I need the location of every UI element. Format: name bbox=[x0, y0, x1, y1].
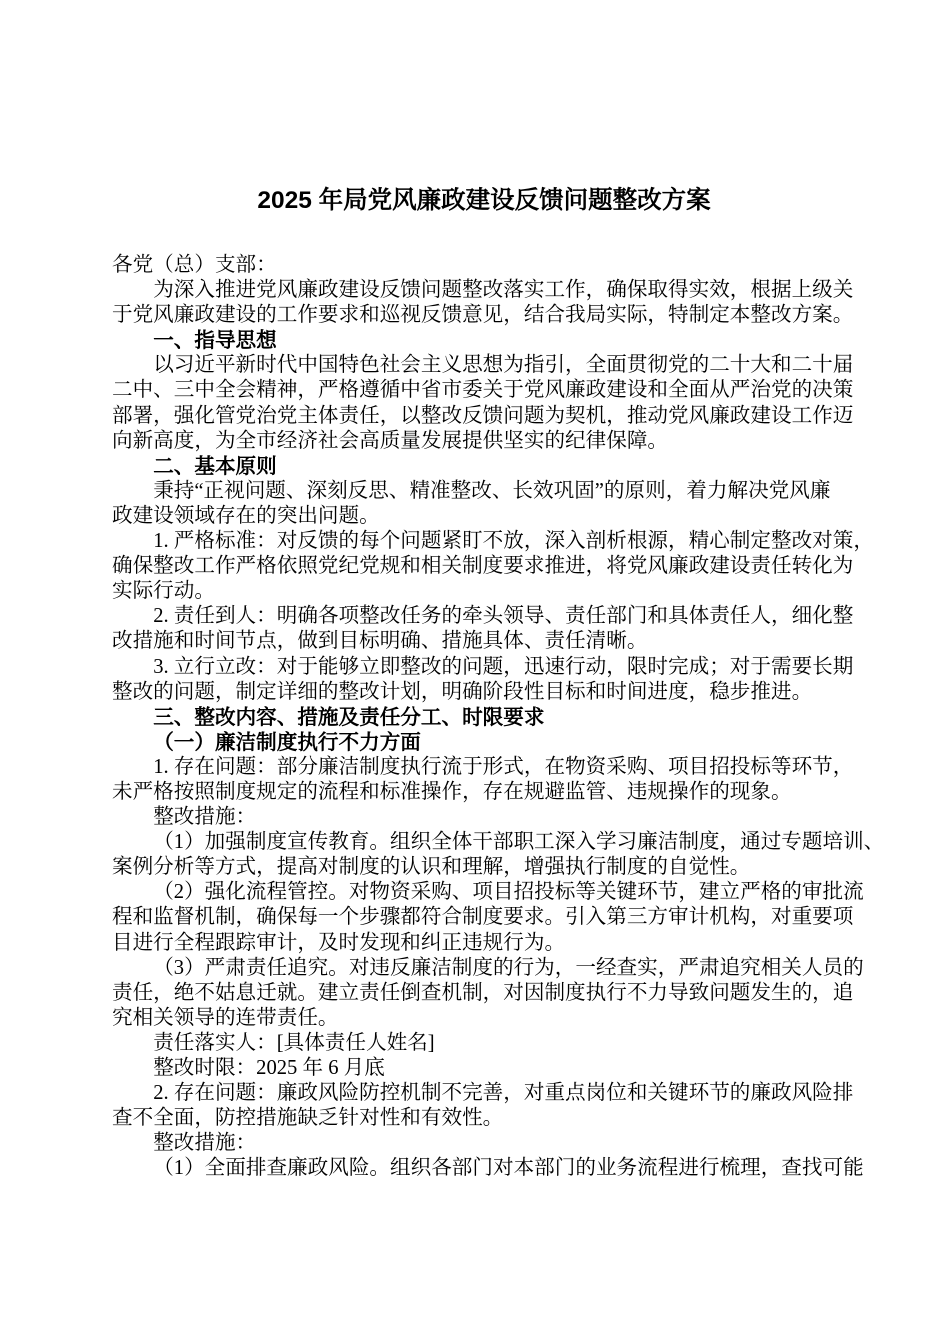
doc-line: 责任落实人：[具体责任人姓名] bbox=[112, 1031, 856, 1056]
doc-line: （2）强化流程管控。对物资采购、项目招投标等关键环节，建立严格的审批流 bbox=[112, 880, 856, 905]
doc-line: （1）全面排查廉政风险。组织各部门对本部门的业务流程进行梳理，查找可能 bbox=[112, 1156, 856, 1181]
doc-line: 整改措施： bbox=[112, 1131, 856, 1156]
document-body: 各党（总）支部：为深入推进党风廉政建设反馈问题整改落实工作，确保取得实效，根据上… bbox=[112, 253, 856, 1181]
doc-line: 三、整改内容、措施及责任分工、时限要求 bbox=[112, 705, 856, 730]
doc-line: 实际行动。 bbox=[112, 579, 856, 604]
document-title: 2025 年局党风廉政建设反馈问题整改方案 bbox=[112, 185, 856, 216]
doc-line: 政建设领域存在的突出问题。 bbox=[112, 504, 856, 529]
doc-line: 整改措施： bbox=[112, 805, 856, 830]
doc-line: 3. 立行立改：对于能够立即整改的问题，迅速行动，限时完成；对于需要长期 bbox=[112, 655, 856, 680]
doc-line: （3）严肃责任追究。对违反廉洁制度的行为，一经查实，严肃追究相关人员的 bbox=[112, 956, 856, 981]
doc-line: 未严格按照制度规定的流程和标准操作，存在规避监管、违规操作的现象。 bbox=[112, 780, 856, 805]
document-page: 2025 年局党风廉政建设反馈问题整改方案 各党（总）支部：为深入推进党风廉政建… bbox=[0, 0, 950, 1344]
doc-line: 查不全面，防控措施缺乏针对性和有效性。 bbox=[112, 1106, 856, 1131]
doc-line: 于党风廉政建设的工作要求和巡视反馈意见，结合我局实际，特制定本整改方案。 bbox=[112, 303, 856, 328]
doc-line: 改措施和时间节点，做到目标明确、措施具体、责任清晰。 bbox=[112, 629, 856, 654]
doc-line: 目进行全程跟踪审计，及时发现和纠正违规行为。 bbox=[112, 931, 856, 956]
doc-line: 究相关领导的连带责任。 bbox=[112, 1006, 856, 1031]
doc-line: 责任，绝不姑息迁就。建立责任倒查机制，对因制度执行不力导致问题发生的，追 bbox=[112, 981, 856, 1006]
doc-line: 二中、三中全会精神，严格遵循中省市委关于党风廉政建设和全面从严治党的决策 bbox=[112, 378, 856, 403]
doc-line: （1）加强制度宣传教育。组织全体干部职工深入学习廉洁制度，通过专题培训、 bbox=[112, 830, 856, 855]
doc-line: 整改的问题，制定详细的整改计划，明确阶段性目标和时间进度，稳步推进。 bbox=[112, 680, 856, 705]
doc-line: 部署，强化管党治党主体责任，以整改反馈问题为契机，推动党风廉政建设工作迈 bbox=[112, 404, 856, 429]
doc-line: 1. 严格标准：对反馈的每个问题紧盯不放，深入剖析根源，精心制定整改对策， bbox=[112, 529, 856, 554]
doc-line: 案例分析等方式，提高对制度的认识和理解，增强执行制度的自觉性。 bbox=[112, 855, 856, 880]
doc-line: 二、基本原则 bbox=[112, 454, 856, 479]
doc-line: 1. 存在问题：部分廉洁制度执行流于形式，在物资采购、项目招投标等环节， bbox=[112, 755, 856, 780]
doc-line: （一）廉洁制度执行不力方面 bbox=[112, 730, 856, 755]
doc-line: 确保整改工作严格依照党纪党规和相关制度要求推进，将党风廉政建设责任转化为 bbox=[112, 554, 856, 579]
doc-line: 程和监督机制，确保每一个步骤都符合制度要求。引入第三方审计机构，对重要项 bbox=[112, 905, 856, 930]
doc-line: 一、指导思想 bbox=[112, 328, 856, 353]
doc-line: 以习近平新时代中国特色社会主义思想为指引，全面贯彻党的二十大和二十届 bbox=[112, 353, 856, 378]
doc-line: 各党（总）支部： bbox=[112, 253, 856, 278]
doc-line: 2. 存在问题：廉政风险防控机制不完善，对重点岗位和关键环节的廉政风险排 bbox=[112, 1081, 856, 1106]
doc-line: 秉持“正视问题、深刻反思、精准整改、长效巩固”的原则，着力解决党风廉 bbox=[112, 479, 856, 504]
doc-line: 为深入推进党风廉政建设反馈问题整改落实工作，确保取得实效，根据上级关 bbox=[112, 278, 856, 303]
doc-line: 向新高度，为全市经济社会高质量发展提供坚实的纪律保障。 bbox=[112, 429, 856, 454]
doc-line: 整改时限：2025 年 6 月底 bbox=[112, 1056, 856, 1081]
doc-line: 2. 责任到人：明确各项整改任务的牵头领导、责任部门和具体责任人，细化整 bbox=[112, 604, 856, 629]
